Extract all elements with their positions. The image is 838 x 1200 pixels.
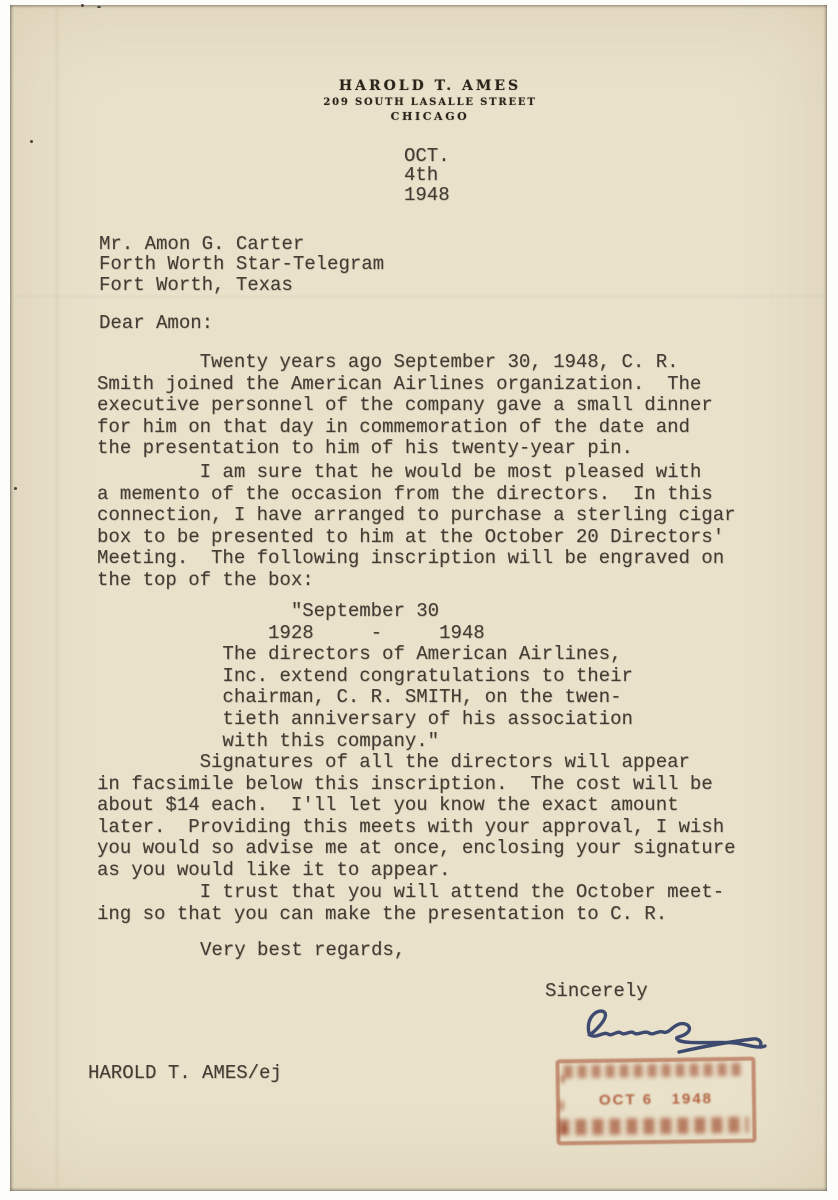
- typist-reference-line: HAROLD T. AMES/ej: [88, 1063, 282, 1085]
- salutation: Dear Amon:: [99, 313, 213, 335]
- letterhead-city: CHICAGO: [11, 110, 838, 123]
- letterhead: HAROLD T. AMES 209 SOUTH LASALLE STREET …: [11, 78, 838, 123]
- body-paragraph-3: Signatures of all the directors will app…: [97, 752, 736, 882]
- stamp-date-text: OCT 6 1948: [560, 1090, 752, 1110]
- signature-scrawl: [567, 1001, 772, 1065]
- scanned-letter-page: { "document": { "letterhead": { "name": …: [0, 0, 838, 1200]
- stamp-illegible-top-line: [563, 1063, 741, 1078]
- recipient-address: Mr. Amon G. Carter Forth Worth Star-Tele…: [99, 234, 384, 295]
- paper-speck: [14, 487, 17, 490]
- vertical-fold-crease: [56, 8, 58, 1186]
- stamp-illegible-bottom-line: [558, 1117, 748, 1136]
- received-date-stamp: OCT 6 1948: [555, 1057, 756, 1146]
- body-paragraph-1: Twenty years ago September 30, 1948, C. …: [97, 352, 713, 460]
- paper-speck: [81, 4, 84, 7]
- horizontal-fold-crease: [12, 296, 824, 299]
- closing-regards: Very best regards,: [200, 940, 405, 962]
- paper-speck: [30, 140, 33, 143]
- letterhead-street: 209 SOUTH LASALLE STREET: [11, 97, 838, 108]
- body-paragraph-4: I trust that you will attend the October…: [97, 882, 724, 925]
- inscription-block: "September 30 1928 - 1948 The directors …: [97, 601, 633, 752]
- closing-sincerely: Sincerely: [545, 981, 648, 1003]
- paper-speck: [97, 6, 101, 8]
- date-block: OCT. 4th 1948: [404, 147, 450, 205]
- letterhead-name: HAROLD T. AMES: [11, 78, 838, 94]
- body-paragraph-2: I am sure that he would be most pleased …: [97, 462, 736, 592]
